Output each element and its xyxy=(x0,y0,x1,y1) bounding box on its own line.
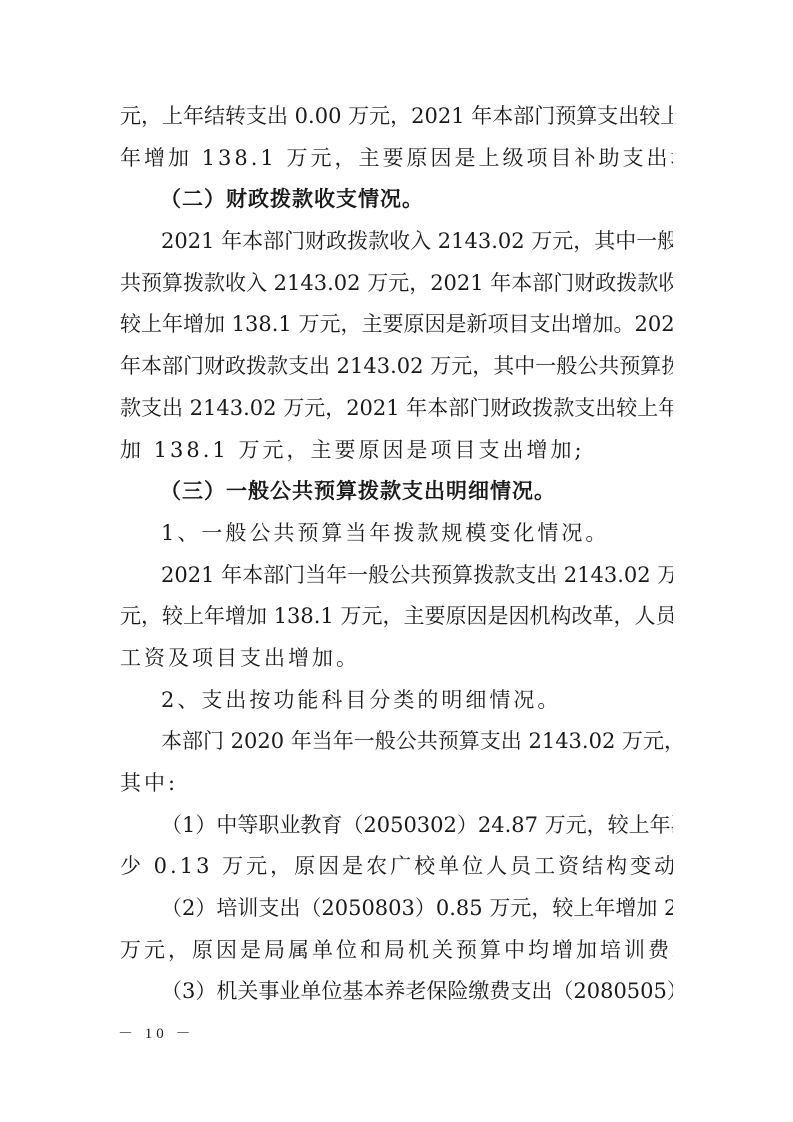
paragraph-line: 加 138.1 万元，主要原因是项目支出增加; xyxy=(120,430,673,472)
paragraph-line: 本部门 2020 年当年一般公共预算支出 2143.02 万元， xyxy=(120,721,673,763)
paragraph-line: 2021 年本部门财政拨款收入 2143.02 万元，其中一般公 xyxy=(120,221,673,263)
paragraph-line: 工资及项目支出增加。 xyxy=(120,638,673,680)
list-item-pension-insurance: （3）机关事业单位基本养老保险缴费支出（2080505） xyxy=(120,971,673,1013)
subsection-heading-functional-classification: 2、支出按功能科目分类的明细情况。 xyxy=(120,680,673,722)
section-heading-general-budget-detail: （三）一般公共预算拨款支出明细情况。 xyxy=(120,471,673,513)
list-item-training-expenditure: （2）培训支出（2050803）0.85 万元，较上年增加 2.14 xyxy=(120,888,673,930)
paragraph-line: 元，较上年增加 138.1 万元，主要原因是因机构改革，人员 xyxy=(120,596,673,638)
paragraph-line: 元，上年结转支出 0.00 万元，2021 年本部门预算支出较上 xyxy=(120,96,673,138)
paragraph-line: 款支出 2143.02 万元，2021 年本部门财政拨款支出较上年增 xyxy=(120,388,673,430)
section-heading-fiscal-appropriation: （二）财政拨款收支情况。 xyxy=(120,179,673,221)
paragraph-line: 年增加 138.1 万元，主要原因是上级项目补助支出增加。 xyxy=(120,138,673,180)
page-number: － 10 － xyxy=(118,1022,195,1043)
paragraph-line: 年本部门财政拨款支出 2143.02 万元，其中一般公共预算拨 xyxy=(120,346,673,388)
paragraph-line: 其中: xyxy=(120,763,673,805)
paragraph-line: 较上年增加 138.1 万元，主要原因是新项目支出增加。2021 xyxy=(120,304,673,346)
paragraph-line: 少 0.13 万元，原因是农广校单位人员工资结构变动。 xyxy=(120,846,673,888)
document-body: 元，上年结转支出 0.00 万元，2021 年本部门预算支出较上 年增加 138… xyxy=(120,96,673,1013)
paragraph-line: 共预算拨款收入 2143.02 万元，2021 年本部门财政拨款收入 xyxy=(120,263,673,305)
list-item-secondary-vocational-education: （1）中等职业教育（2050302）24.87 万元，较上年减 xyxy=(120,805,673,847)
paragraph-line: 万元，原因是局属单位和局机关预算中均增加培训费。 xyxy=(120,930,673,972)
subsection-heading-scale-change: 1、一般公共预算当年拨款规模变化情况。 xyxy=(120,513,673,555)
paragraph-line: 2021 年本部门当年一般公共预算拨款支出 2143.02 万 xyxy=(120,555,673,597)
